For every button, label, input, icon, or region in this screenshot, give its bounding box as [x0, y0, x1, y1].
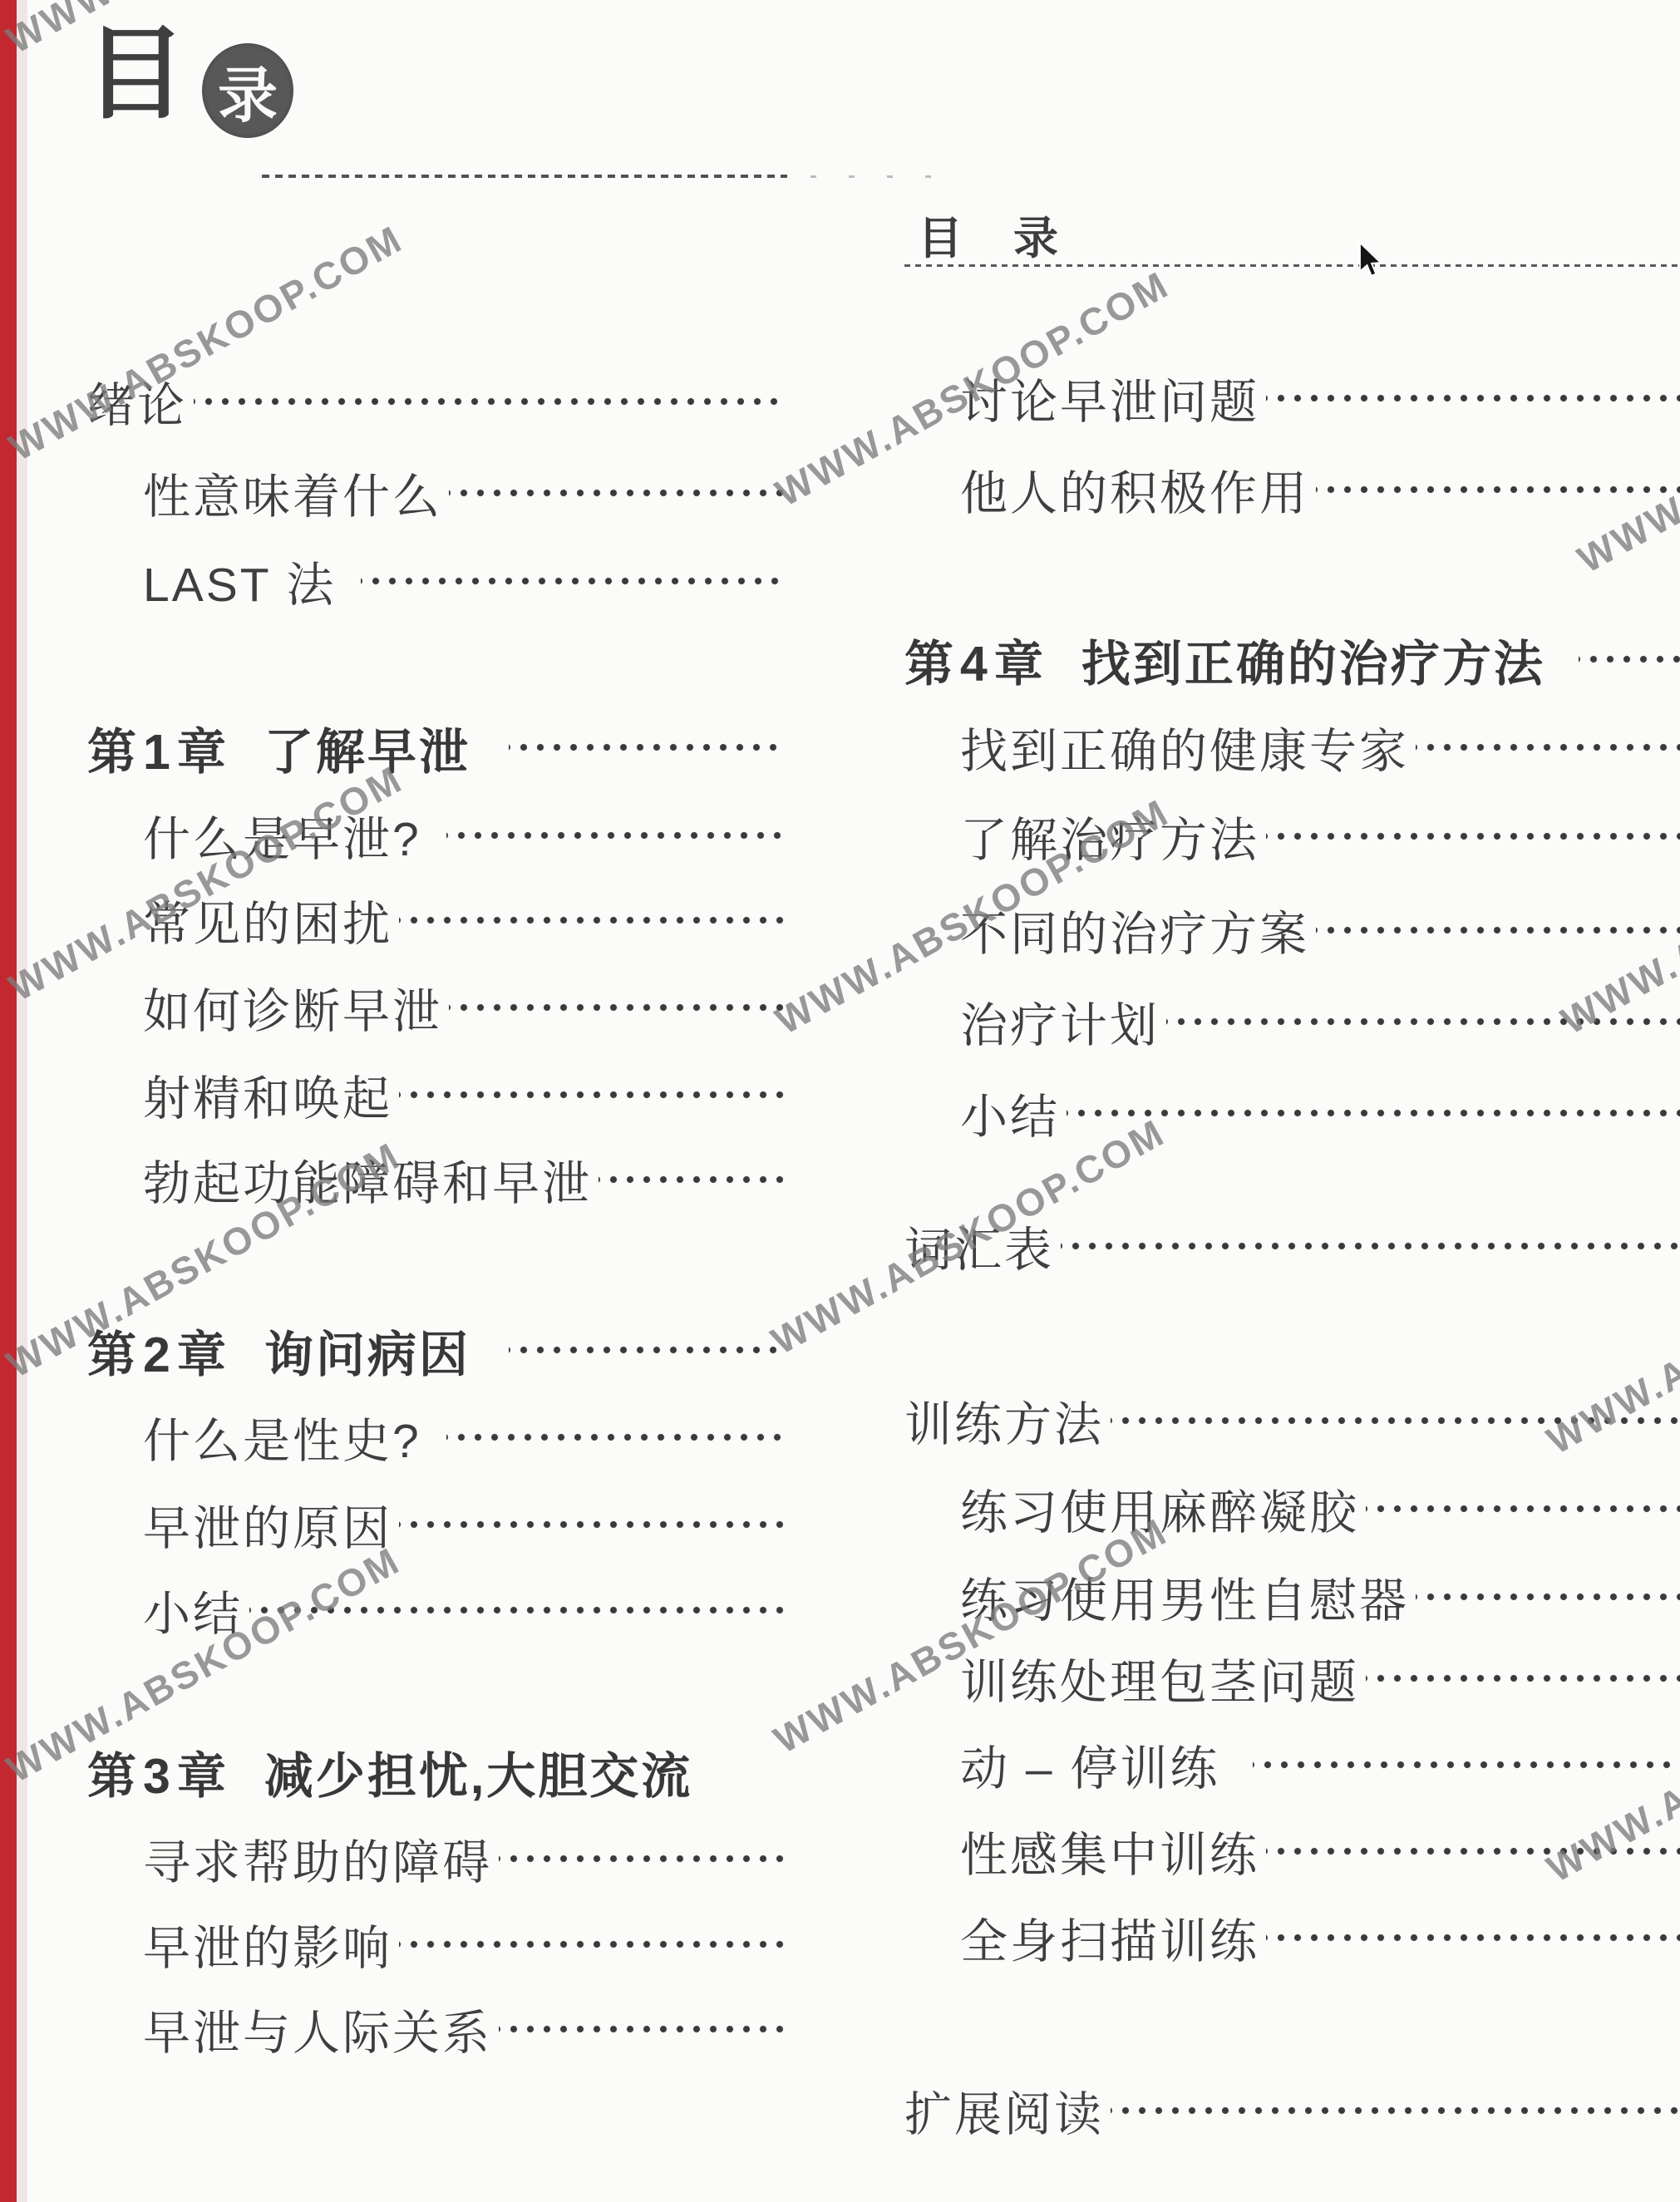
toc-chapter-row: 第3章减少担忧,大胆交流: [87, 1739, 786, 1804]
toc-entry-label: 讨论早泄问题: [960, 364, 1259, 432]
dot-leader: [509, 1318, 786, 1382]
chapter-number: 第4章: [904, 637, 1050, 692]
toc-entry-label: 了解治疗方法: [960, 802, 1259, 870]
toc-entry-row: 训练方法: [904, 1388, 1680, 1453]
dot-leader: [446, 803, 786, 868]
dot-leader: [1266, 1819, 1680, 1884]
toc-entry-row: 他人的积极作用: [960, 457, 1680, 522]
dot-leader: [1416, 1564, 1680, 1629]
toc-entry-label: 性意味着什么: [143, 459, 442, 527]
toc-entry-label: 不同的治疗方案: [960, 896, 1309, 964]
toc-entry-row: 讨论早泄问题: [960, 366, 1680, 431]
toc-entry-row: 什么是早泄?: [143, 803, 786, 868]
chapter-title: 找到正确的治疗方法: [1081, 637, 1545, 692]
toc-entry-row: 找到正确的健康专家: [960, 715, 1680, 780]
title-badge-char: 录: [218, 47, 278, 134]
toc-entry-row: 不同的治疗方案: [960, 898, 1680, 963]
dot-leader: [1166, 989, 1680, 1054]
toc-entry-label: 全身扫描训练: [960, 1904, 1259, 1972]
toc-entry-row: LAST 法: [143, 549, 786, 613]
toc-entry-row: 训练处理包茎问题: [960, 1646, 1680, 1711]
title-dashed-underline: [262, 175, 787, 178]
dot-leader: [446, 1405, 786, 1470]
toc-entry-label: 他人的积极作用: [960, 456, 1309, 524]
toc-page: 目 录 目 录 绪论性意味着什么LAST 法第1章了解早泄什么是早泄?常见的困扰…: [0, 0, 1680, 2202]
toc-entry-label: 治疗计划: [960, 988, 1160, 1056]
toc-entry-row: 了解治疗方法: [960, 804, 1680, 869]
toc-entry-row: 性意味着什么: [143, 461, 786, 525]
dot-leader: [1416, 715, 1680, 780]
dot-leader: [1266, 1905, 1680, 1970]
running-header: 目 录: [918, 203, 1063, 267]
chapter-number: 第2章: [87, 1328, 233, 1382]
toc-entry-row: 早泄的原因: [143, 1492, 786, 1557]
page-title-char: 目: [85, 23, 186, 125]
toc-entry-label: 第1章了解早泄: [87, 712, 470, 783]
toc-entry-label: LAST 法: [143, 547, 336, 615]
dot-leader: [509, 715, 786, 780]
dot-leader: [499, 1997, 786, 2062]
dot-leader: [1266, 804, 1680, 869]
toc-entry-row: 寻求帮助的障碍: [143, 1826, 786, 1891]
dot-leader: [1061, 1214, 1680, 1278]
toc-entry-label: 小结: [143, 1576, 243, 1644]
toc-entry-row: 治疗计划: [960, 989, 1680, 1054]
chapter-number: 第3章: [87, 1749, 233, 1804]
dot-leader: [449, 461, 786, 525]
dot-leader: [1111, 1388, 1680, 1453]
title-dashed-underline-faint: [810, 175, 943, 178]
chapter-number: 第1章: [87, 725, 233, 780]
dot-leader: [1067, 1081, 1680, 1145]
dot-leader: [599, 1147, 786, 1212]
dot-leader: [399, 1492, 786, 1557]
dot-leader: [1316, 898, 1680, 963]
dot-leader: [1253, 1732, 1680, 1797]
dot-leader: [399, 1912, 786, 1977]
toc-entry-label: 勃起功能障碍和早泄: [143, 1145, 592, 1214]
site-watermark: WWW.ABSKOOP.COM: [2, 756, 411, 1010]
dot-leader: [1111, 2078, 1680, 2143]
dot-leader: [1366, 1646, 1680, 1711]
dot-leader: [1266, 366, 1680, 431]
site-watermark: WWW.ABSKOOP.COM: [766, 1509, 1175, 1762]
toc-entry-label: 绪论: [87, 367, 187, 436]
toc-entry-label: 如何诊断早泄: [143, 973, 442, 1042]
toc-entry-label: 找到正确的健康专家: [960, 713, 1409, 781]
chapter-title: 减少担忧,大胆交流: [264, 1749, 692, 1804]
dot-leader: [1316, 457, 1680, 522]
toc-entry-label: 扩展阅读: [904, 2076, 1104, 2145]
chapter-title: 询问病因: [264, 1328, 470, 1382]
toc-entry-row: 词汇表: [904, 1214, 1680, 1278]
toc-entry-label: 动 – 停训练: [960, 1731, 1219, 1799]
book-edge-shadow: [17, 0, 27, 2202]
toc-entry-row: 练习使用男性自慰器: [960, 1564, 1680, 1629]
title-badge-circle: 录: [202, 43, 293, 138]
toc-entry-label: 早泄与人际关系: [143, 1995, 492, 2063]
toc-chapter-row: 第2章询问病因: [87, 1318, 786, 1382]
toc-entry-label: 词汇表: [904, 1212, 1054, 1280]
toc-entry-label: 训练处理包茎问题: [960, 1644, 1359, 1712]
toc-entry-row: 勃起功能障碍和早泄: [143, 1147, 786, 1212]
toc-entry-row: 小结: [960, 1081, 1680, 1145]
mouse-cursor-icon: [1352, 241, 1385, 281]
dot-leader: [499, 1826, 786, 1891]
toc-entry-row: 小结: [143, 1578, 786, 1643]
toc-chapter-row: 第4章找到正确的治疗方法: [904, 627, 1680, 692]
toc-entry-row: 绪论: [87, 369, 786, 434]
toc-entry-row: 射精和唤起: [143, 1062, 786, 1127]
toc-entry-label: 常见的困扰: [143, 886, 392, 954]
dot-leader: [1579, 627, 1680, 692]
toc-entry-row: 什么是性史?: [143, 1405, 786, 1470]
toc-entry-row: 常见的困扰: [143, 888, 786, 953]
dot-leader: [361, 549, 786, 613]
toc-entry-row: 扩展阅读: [904, 2078, 1680, 2143]
toc-entry-label: 什么是性史?: [143, 1403, 421, 1471]
toc-entry-label: 第3章减少担忧,大胆交流: [87, 1736, 692, 1807]
dot-leader: [194, 369, 786, 434]
dot-leader: [449, 975, 786, 1040]
toc-entry-label: 寻求帮助的障碍: [143, 1825, 492, 1893]
toc-entry-label: 射精和唤起: [143, 1061, 392, 1129]
toc-entry-row: 如何诊断早泄: [143, 975, 786, 1040]
dot-leader: [1366, 1476, 1680, 1541]
toc-entry-label: 小结: [960, 1079, 1060, 1147]
toc-entry-label: 训练方法: [904, 1387, 1104, 1455]
toc-entry-label: 第4章找到正确的治疗方法: [904, 624, 1545, 695]
toc-entry-row: 性感集中训练: [960, 1819, 1680, 1884]
toc-entry-label: 性感集中训练: [960, 1817, 1259, 1885]
toc-entry-label: 练习使用男性自慰器: [960, 1563, 1409, 1631]
toc-entry-row: 全身扫描训练: [960, 1905, 1680, 1970]
toc-entry-row: 练习使用麻醉凝胶: [960, 1476, 1680, 1541]
dot-leader: [399, 1062, 786, 1127]
toc-entry-label: 第2章询问病因: [87, 1315, 470, 1386]
book-edge-red-bar: [0, 0, 17, 2202]
toc-entry-label: 练习使用麻醉凝胶: [960, 1475, 1359, 1543]
site-watermark: WWW.ABSKOOP.COM: [0, 0, 408, 62]
toc-entry-row: 早泄的影响: [143, 1912, 786, 1977]
toc-entry-label: 早泄的原因: [143, 1490, 392, 1559]
dot-leader: [249, 1578, 786, 1643]
toc-entry-row: 早泄与人际关系: [143, 1997, 786, 2062]
toc-chapter-row: 第1章了解早泄: [87, 715, 786, 780]
dot-leader: [399, 888, 786, 953]
chapter-title: 了解早泄: [264, 725, 470, 780]
toc-entry-row: 动 – 停训练: [960, 1732, 1680, 1797]
running-header-dashed-line: [904, 264, 1680, 267]
toc-entry-label: 早泄的影响: [143, 1910, 392, 1978]
toc-entry-label: 什么是早泄?: [143, 801, 421, 869]
